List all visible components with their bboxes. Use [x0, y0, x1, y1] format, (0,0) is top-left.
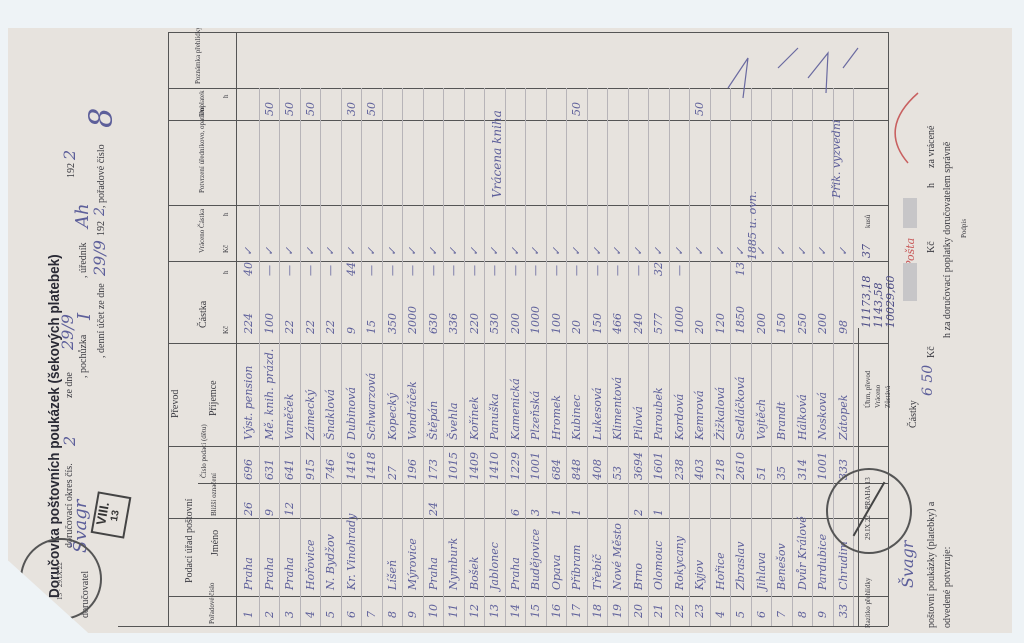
office-number: 24	[427, 502, 440, 516]
row-number: 6	[755, 611, 768, 618]
amount-kc: 200	[816, 313, 829, 334]
office-number: 1	[652, 509, 665, 516]
amount-kc: 20	[693, 320, 706, 334]
podaci-number: 53	[611, 466, 624, 480]
kusu-label: kusů	[864, 215, 872, 228]
recipient: Dubinová	[345, 387, 358, 440]
amount-h: 32	[652, 262, 665, 276]
row-number: 8	[796, 611, 809, 618]
recipient: Sedláčková	[734, 377, 747, 440]
amount-h: —	[591, 265, 604, 276]
amount-kc: 22	[304, 320, 317, 334]
row-divider	[669, 88, 670, 626]
col4-label: Příjemce	[208, 380, 219, 416]
office-name: Hořovice	[304, 540, 317, 591]
amount-h: —	[570, 265, 583, 276]
check-mark-icon: ✓	[673, 247, 686, 256]
amount-kc: 20	[570, 320, 583, 334]
doplatek: 30	[345, 102, 358, 116]
recipient: Kordová	[673, 394, 686, 440]
podaci-number: 27	[386, 466, 399, 480]
podaci-number: 51	[755, 466, 768, 480]
podaci-number: 218	[714, 459, 727, 480]
check-mark-icon: ✓	[447, 247, 460, 256]
year-suffix-1: 2	[60, 150, 79, 160]
office-name: Olomouc	[652, 541, 665, 590]
check-mark-icon: ✓	[345, 247, 358, 256]
office-name: Praha	[283, 557, 296, 590]
recipient: Plzeňská	[529, 391, 542, 440]
check-mark-icon: ✓	[775, 247, 788, 256]
row-number: 5	[734, 611, 747, 618]
col9-label: Poznámka přehlídky	[194, 26, 202, 84]
check-mark-icon: ✓	[611, 247, 624, 256]
recipient: Kamenická	[509, 378, 522, 440]
amount-kc: 22	[324, 320, 337, 334]
row-number: 2	[263, 611, 276, 618]
recipient: Štěpán	[427, 401, 440, 440]
amount-kc: 240	[632, 313, 645, 334]
check-mark-icon: ✓	[529, 247, 542, 256]
office-name: Kr. Vinohrady	[345, 514, 358, 590]
check-mark-icon: ✓	[693, 247, 706, 256]
office-number: 12	[283, 502, 296, 516]
podaci-number: 696	[242, 459, 255, 480]
row-divider	[402, 88, 403, 626]
check-mark-icon: ✓	[242, 247, 255, 256]
recipient: Žižkalová	[714, 387, 727, 440]
recipient: Pilová	[632, 406, 645, 440]
col6-label: Vráceno Částka	[198, 209, 206, 253]
row-number: 13	[488, 604, 501, 618]
office-name: Kyjov	[693, 560, 706, 590]
table-top-border	[168, 32, 888, 33]
podaci-number: 173	[427, 459, 440, 480]
row-divider	[710, 88, 711, 626]
col5-kc: Kč	[222, 326, 230, 334]
row-divider	[505, 88, 506, 626]
footer-h-label-2: h	[926, 183, 937, 188]
podaci-number: 3694	[632, 452, 645, 480]
row-divider	[300, 88, 301, 626]
col4-group: Převod	[170, 390, 181, 418]
year-prefix-2: 192	[96, 221, 107, 236]
footer-line2: odvedené potvrzuje:	[942, 547, 953, 628]
row-number: 12	[468, 604, 481, 618]
podaci-number: 238	[673, 459, 686, 480]
district-value: 2	[60, 436, 79, 446]
office-name: Praha	[509, 557, 522, 590]
amount-kc: 250	[796, 313, 809, 334]
check-mark-icon: ✓	[652, 247, 665, 256]
right-round-postmark: 29.IX.22 · PRAHA 13	[826, 468, 912, 554]
row-number: 9	[406, 611, 419, 618]
podaci-number: 2610	[734, 452, 747, 480]
col7-note-2: 1885 u. ovn.	[746, 191, 759, 260]
amount-kc: 200	[755, 313, 768, 334]
recipient: Hálková	[796, 394, 809, 440]
check-mark-icon: ✓	[591, 247, 604, 256]
footer-fee-text: h za doručovací poplatky doručovatelem s…	[942, 142, 953, 338]
recipient: Kopecký	[386, 393, 399, 440]
office-number: 6	[509, 509, 522, 516]
col-sep-5	[168, 261, 888, 262]
year-suffix-2: 2	[92, 207, 108, 216]
amount-kc: 100	[263, 313, 276, 334]
podaci-number: 403	[693, 459, 706, 480]
row-number: 10	[427, 604, 440, 618]
amount-h: —	[365, 265, 378, 276]
amount-kc: 577	[652, 313, 665, 334]
podaci-number: 408	[591, 459, 604, 480]
col3-label: Číslo podací (dětu)	[200, 424, 208, 478]
col5-label: Částka	[198, 301, 209, 328]
amount-h: —	[488, 265, 501, 276]
row-divider	[279, 88, 280, 626]
office-number: 26	[242, 502, 255, 516]
row-number: 18	[591, 604, 604, 618]
podaci-number: 848	[570, 459, 583, 480]
office-name: Pardubice	[816, 534, 829, 590]
office-name: Líšeň	[386, 560, 399, 590]
recipient: Kořínek	[468, 396, 481, 440]
recipient: Schwarzová	[365, 373, 378, 440]
podaci-number: 684	[550, 459, 563, 480]
row-number: 11	[447, 604, 460, 618]
podaci-number: 1001	[529, 452, 542, 480]
podaci-number: 1416	[345, 452, 358, 480]
pencil-check-marks	[708, 38, 868, 118]
check-mark-icon: ✓	[570, 247, 583, 256]
col6-h: h	[222, 213, 230, 217]
row-divider	[792, 88, 793, 626]
amount-kc: 1850	[734, 306, 747, 334]
kusu-value: 37	[860, 244, 873, 258]
amount-kc: 1000	[673, 306, 686, 334]
amount-kc: 120	[714, 313, 727, 334]
doplatek: 50	[263, 102, 276, 116]
table-header-bottom	[236, 32, 237, 626]
check-mark-icon: ✓	[816, 247, 829, 256]
recipient: Mě. knih. prázd.	[263, 349, 276, 440]
row-divider	[464, 88, 465, 626]
amount-h: 13	[734, 262, 747, 276]
col-sep-end	[878, 32, 879, 33]
col2-label: Podací úřad poštovní	[184, 499, 195, 583]
col-sep-7	[168, 120, 888, 121]
footer-kc-label-2: Kč	[926, 241, 937, 253]
col-sep-4	[168, 343, 888, 344]
recipient: Výst. pension	[242, 366, 255, 440]
col2-sub-detail: Bližší označení	[210, 473, 218, 516]
amount-h: 44	[345, 262, 358, 276]
podaci-number: 631	[263, 459, 276, 480]
amount-kc: 530	[488, 313, 501, 334]
col-sep-1	[168, 596, 888, 597]
row-number: 22	[673, 604, 686, 618]
check-mark-icon: ✓	[488, 247, 501, 256]
doplatek: 50	[304, 102, 317, 116]
row-number: 3	[283, 611, 296, 618]
amount-h: —	[550, 265, 563, 276]
row-divider	[648, 88, 649, 626]
recipient: Vaněček	[283, 394, 296, 440]
table-header-edge	[168, 32, 169, 626]
office-number: 2	[632, 509, 645, 516]
row-divider	[320, 88, 321, 626]
row-divider	[382, 88, 383, 626]
office-name: Jablonec	[488, 542, 501, 590]
amount-kc: 15	[365, 320, 378, 334]
check-mark-icon: ✓	[324, 247, 337, 256]
row-number: 19	[611, 604, 624, 618]
footer-podpis: Podpis	[960, 219, 968, 238]
row-number: 7	[365, 611, 378, 618]
office-number: 1	[550, 509, 563, 516]
office-name: Benešov	[775, 543, 788, 590]
urednik-label: , úředník	[78, 242, 89, 278]
footer-line1: poštovní poukázky (platebky) a	[926, 502, 937, 628]
year-prefix-1: 192	[66, 163, 77, 178]
vii-box-stamp: VIII. 13	[91, 491, 132, 538]
podaci-number: 915	[304, 459, 317, 480]
footer-castky: Částky	[908, 400, 919, 428]
recipient: Vojtěch	[755, 399, 768, 440]
doplatek: 50	[365, 102, 378, 116]
col1-label: Pořadové číslo	[208, 583, 216, 624]
amount-h: —	[324, 265, 337, 276]
office-name: Budějovice	[529, 529, 542, 590]
podaci-number: 1001	[816, 452, 829, 480]
recipient: Zátopek	[837, 395, 850, 440]
row-number: 15	[529, 604, 542, 618]
podaci-number: 35	[775, 466, 788, 480]
amount-kc: 630	[427, 313, 440, 334]
office-name: Praha	[263, 557, 276, 590]
amount-kc: 466	[611, 313, 624, 334]
postal-delivery-document: Doručovka poštovních poukázek (šekových …	[8, 28, 1012, 633]
row-divider	[484, 88, 485, 626]
check-mark-icon: ✓	[796, 247, 809, 256]
podaci-number: 641	[283, 459, 296, 480]
amount-h: —	[509, 265, 522, 276]
recipient: Panuška	[488, 393, 501, 440]
daily-account-value: 29/9	[90, 240, 109, 276]
check-mark-icon: ✓	[406, 247, 419, 256]
amount-kc: 336	[447, 313, 460, 334]
recipient: Kemrová	[693, 390, 706, 440]
amount-kc: 150	[591, 313, 604, 334]
amount-kc: 98	[837, 320, 850, 334]
left-round-postmark: 13 · 29.IX.22	[20, 538, 102, 620]
totals-zustava-label: Zůstává	[884, 386, 892, 408]
amount-h: —	[529, 265, 542, 276]
recipient: Nosková	[816, 392, 829, 440]
row-number: 4	[714, 611, 727, 618]
amount-kc: 22	[283, 320, 296, 334]
office-name: Opava	[550, 555, 563, 590]
amount-h: —	[386, 265, 399, 276]
amount-h: —	[304, 265, 317, 276]
doplatek: 50	[570, 102, 583, 116]
pochuzka-value: I	[74, 313, 95, 320]
amount-kc: 200	[509, 313, 522, 334]
office-name: Zbraslav	[734, 542, 747, 590]
row-divider	[771, 88, 772, 626]
recipient: Klimentová	[611, 377, 624, 440]
row-number: 20	[632, 604, 645, 618]
office-name: Dvůr Králové	[796, 516, 809, 590]
podaci-number: 1409	[468, 452, 481, 480]
totals-vraceno-label: Vráceno	[874, 385, 882, 408]
amount-h: —	[406, 265, 419, 276]
amount-h: —	[673, 265, 686, 276]
col5-h: h	[222, 271, 230, 275]
red-pencil-mark	[868, 88, 928, 168]
office-number: 9	[263, 509, 276, 516]
left-postmark-text: 13 · 29.IX.22	[56, 562, 64, 600]
amount-kc: 220	[468, 313, 481, 334]
row-number: 7	[775, 611, 788, 618]
col-sep-2a	[168, 518, 888, 519]
office-name: Mýrovice	[406, 538, 419, 590]
podaci-number: 1418	[365, 452, 378, 480]
col7-note-3: Přik. vyzvedni	[830, 120, 843, 198]
office-name: Třebíč	[591, 554, 604, 590]
office-name: Rokycany	[673, 536, 686, 590]
amount-kc: 100	[550, 313, 563, 334]
check-mark-icon: ✓	[283, 247, 296, 256]
office-name: Praha	[427, 557, 440, 590]
row-divider	[259, 88, 260, 626]
row-number: 17	[570, 604, 583, 618]
check-mark-icon: ✓	[509, 247, 522, 256]
podaci-number: 1601	[652, 452, 665, 480]
row-number: 14	[509, 604, 522, 618]
row-divider	[546, 88, 547, 626]
amount-kc: 2000	[406, 306, 419, 334]
recipient: Švehla	[447, 403, 460, 440]
row-number: 8	[386, 611, 399, 618]
col7-note-returned: Vrácena kniha	[490, 110, 504, 198]
col-sep-2b	[198, 483, 888, 484]
row-divider	[689, 88, 690, 626]
recipient: Paroubek	[652, 387, 665, 440]
amount-kc: 1000	[529, 306, 542, 334]
row-divider	[443, 88, 444, 626]
footer-razitko: Razítko přehlídky	[864, 578, 872, 628]
row-number: 21	[652, 604, 665, 618]
check-mark-icon: ✓	[632, 247, 645, 256]
doplatek: 50	[693, 102, 706, 116]
col8-label: Doplatek	[198, 90, 206, 116]
office-name: Jihlava	[755, 552, 768, 590]
row-divider	[751, 88, 752, 626]
amount-kc: 150	[775, 313, 788, 334]
recipient: Šnaklová	[324, 389, 337, 440]
office-name: Nové Město	[611, 523, 624, 590]
row-divider	[607, 88, 608, 626]
row-number: 1	[242, 611, 255, 618]
row-divider	[341, 88, 342, 626]
office-name: Nymburk	[447, 538, 460, 590]
office-name: Praha	[242, 557, 255, 590]
recipient: Brandt	[775, 402, 788, 440]
col8-h: h	[222, 95, 230, 99]
amount-h: —	[283, 265, 296, 276]
row-number: 6	[345, 611, 358, 618]
recipient: Vondráček	[406, 381, 419, 440]
podaci-number: 196	[406, 459, 419, 480]
row-divider	[423, 88, 424, 626]
footer-kc-value: 6 50	[920, 365, 936, 396]
row-divider	[812, 88, 813, 626]
urednik-value: Ah	[72, 203, 93, 228]
office-number: 3	[529, 509, 542, 516]
podaci-number: 746	[324, 459, 337, 480]
check-mark-icon: ✓	[837, 247, 850, 256]
row-divider	[587, 88, 588, 626]
office-name: Bošek	[468, 556, 481, 590]
row-number: 9	[816, 611, 829, 618]
handwritten-signature: Švagr	[898, 541, 917, 588]
check-mark-icon: ✓	[427, 247, 440, 256]
check-mark-icon: ✓	[304, 247, 317, 256]
recipient: Kubinec	[570, 395, 583, 440]
row-divider	[628, 88, 629, 626]
row-number: 5	[324, 611, 337, 618]
ze-dne-label: ze dne	[64, 372, 75, 398]
footer-kc-label: Kč	[926, 346, 937, 358]
row-number: 33	[837, 604, 850, 618]
row-divider	[730, 88, 731, 626]
row-number: 23	[693, 604, 706, 618]
redaction-block-2	[903, 198, 917, 228]
amount-h: 40	[242, 262, 255, 276]
redaction-block-1	[903, 263, 917, 301]
podaci-number: 314	[796, 459, 809, 480]
podaci-number: 1229	[509, 452, 522, 480]
amount-h: —	[263, 265, 276, 276]
office-name: Příbram	[570, 545, 583, 590]
pochuzka-label: , pochůzka	[78, 335, 89, 378]
amount-h: —	[447, 265, 460, 276]
totals-prevod-label: Úhrn, převod	[864, 371, 872, 408]
col6-kc: Kč	[222, 245, 230, 253]
amount-h: —	[632, 265, 645, 276]
col-sep-6	[168, 205, 888, 206]
check-mark-icon: ✓	[550, 247, 563, 256]
totals-zustava-value: 10029,60	[884, 276, 897, 329]
col2-sub-name: Jméno	[210, 530, 221, 556]
office-name: N. Bydžov	[324, 534, 337, 590]
amount-kc: 9	[345, 327, 358, 334]
row-divider	[525, 88, 526, 626]
office-name: Hořice	[714, 552, 727, 590]
recipient: Hromek	[550, 395, 563, 440]
row-divider	[566, 88, 567, 626]
amount-h: —	[611, 265, 624, 276]
amount-h: —	[468, 265, 481, 276]
recipient: Lukesová	[591, 387, 604, 440]
col-sep-3	[168, 446, 888, 447]
daily-account-label: , denní účet ze dne	[96, 283, 107, 358]
office-name: Brno	[632, 563, 645, 590]
amount-kc: 224	[242, 313, 255, 334]
row-number: 4	[304, 611, 317, 618]
row-number: 16	[550, 604, 563, 618]
doplatek: 50	[283, 102, 296, 116]
